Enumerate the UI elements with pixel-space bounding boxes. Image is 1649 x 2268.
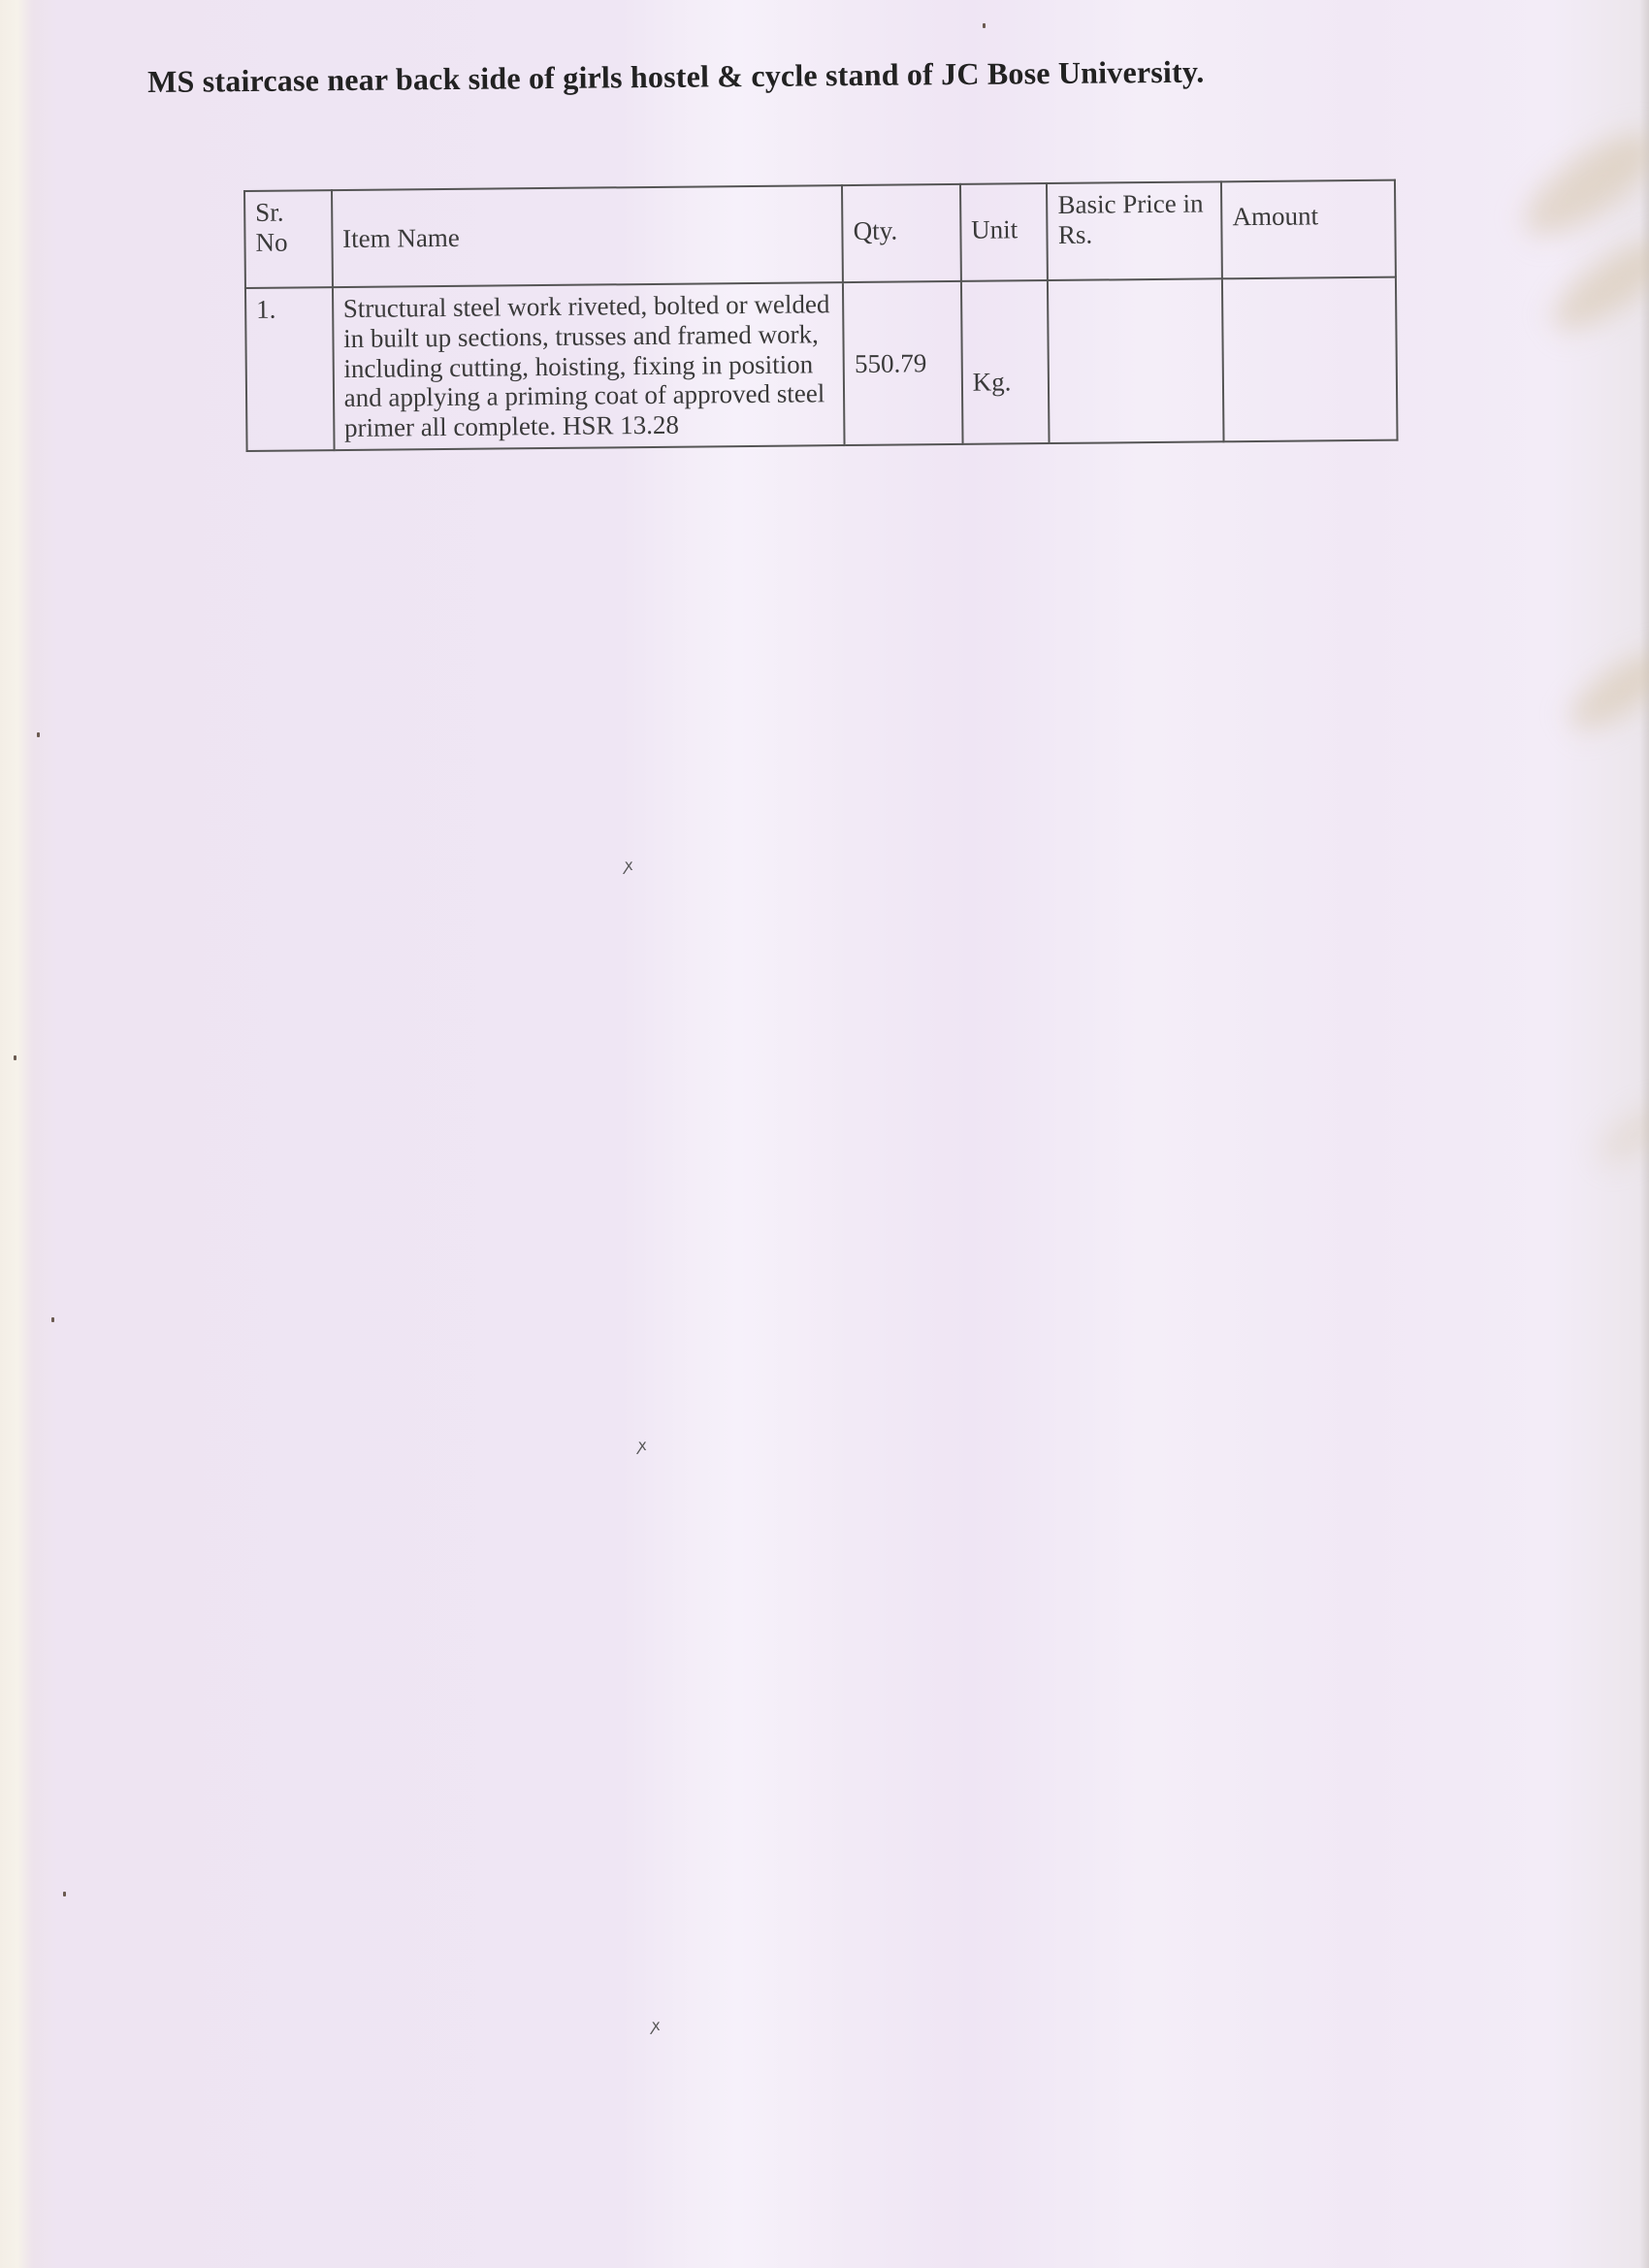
header-unit-label: Unit: [971, 214, 1018, 243]
scan-dust: [63, 1892, 66, 1896]
paper-stain: [1510, 116, 1649, 253]
cell-sr-no: 1.: [245, 287, 334, 451]
cell-qty: 550.79: [843, 281, 962, 445]
header-sr-no-label: Sr. No: [255, 197, 305, 257]
header-sr-no: Sr. No: [244, 190, 333, 288]
header-basic-price: Basic Price in Rs.: [1047, 181, 1222, 280]
scan-dust: [14, 1055, 16, 1060]
scan-dust: [51, 1317, 54, 1322]
cell-item-name: Structural steel work riveted, bolted or…: [333, 282, 845, 450]
header-basic-price-label: Basic Price in Rs.: [1057, 189, 1204, 250]
paper-stain: [1540, 227, 1649, 344]
header-qty-label: Qty.: [854, 215, 898, 244]
bill-of-quantities-table: Sr. No Item Name Qty. Unit Basic Price i…: [243, 179, 1399, 452]
paper-stain: [1560, 640, 1649, 743]
scan-dust: [983, 23, 986, 28]
cell-basic-price: [1048, 278, 1223, 443]
scan-artifact-mark: ꭗ: [652, 2014, 660, 2035]
header-unit: Unit: [960, 183, 1049, 281]
cell-unit: Kg.: [961, 280, 1050, 444]
header-item-name: Item Name: [332, 185, 844, 287]
table-row: 1. Structural steel work riveted, bolted…: [245, 277, 1398, 451]
scan-artifact-mark: ꭗ: [625, 854, 632, 875]
cell-amount: [1222, 277, 1397, 442]
scan-artifact-mark: ꭗ: [638, 1434, 646, 1455]
document-title: MS staircase near back side of girls hos…: [147, 54, 1205, 100]
scanned-page: MS staircase near back side of girls hos…: [0, 0, 1649, 2268]
scan-dust: [37, 732, 40, 737]
paper-stain: [1588, 1094, 1649, 1176]
header-item-name-label: Item Name: [342, 222, 460, 252]
header-qty: Qty.: [842, 184, 960, 282]
header-amount-label: Amount: [1232, 201, 1318, 231]
table-header-row: Sr. No Item Name Qty. Unit Basic Price i…: [244, 180, 1396, 288]
header-amount: Amount: [1221, 180, 1396, 279]
